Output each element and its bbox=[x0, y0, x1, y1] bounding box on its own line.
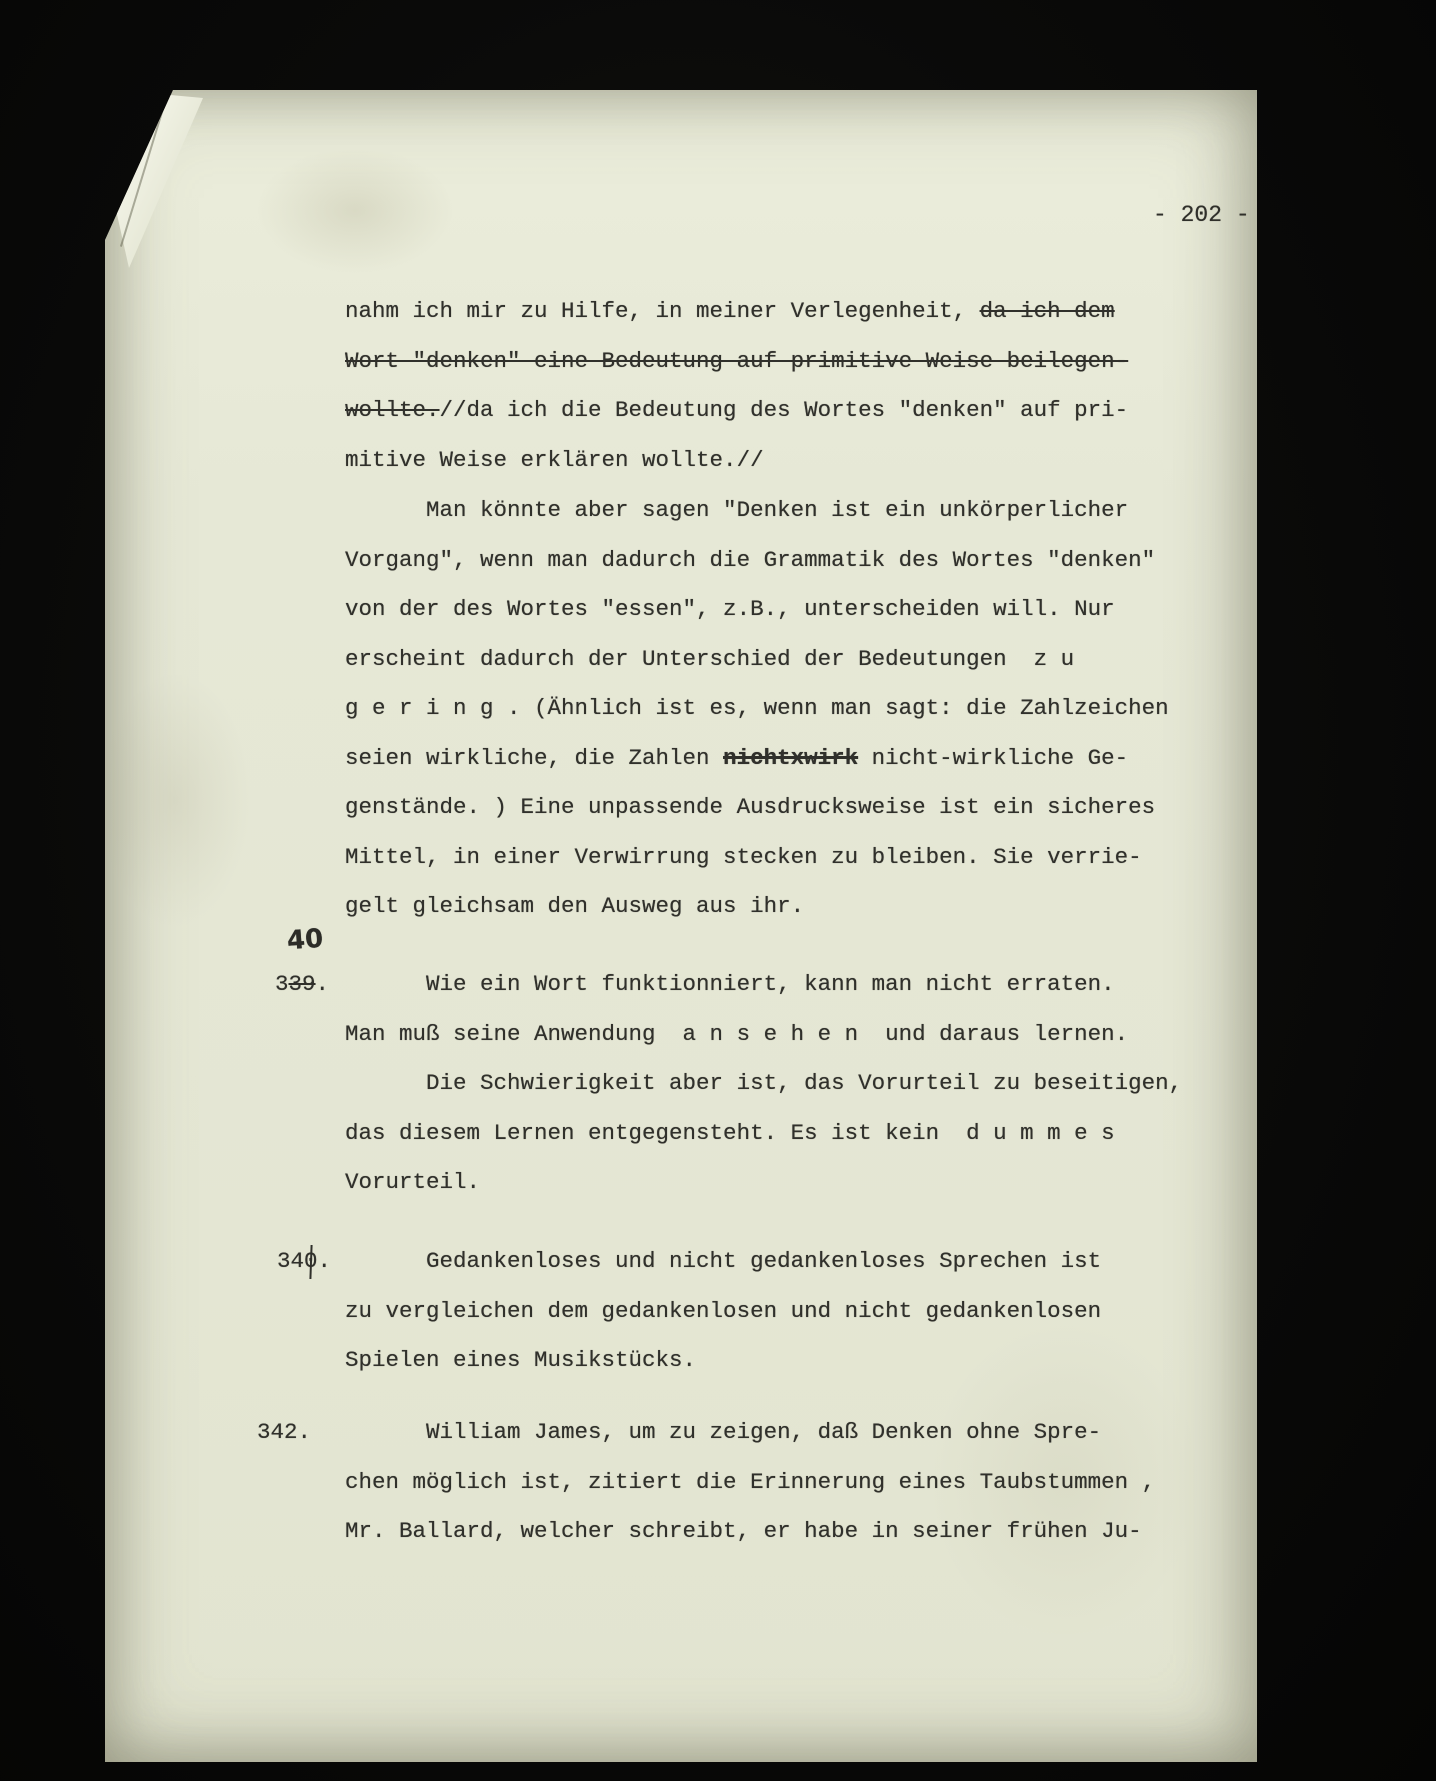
text-segment: chen möglich ist, zitiert die Erinnerung… bbox=[345, 1469, 1155, 1495]
typescript-line: das diesem Lernen entgegensteht. Es ist … bbox=[345, 1109, 1245, 1159]
struck-text: 39 bbox=[289, 971, 316, 997]
typescript-line: gelt gleichsam den Ausweg aus ihr. bbox=[345, 882, 1245, 932]
typescript-line: Mittel, in einer Verwirrung stecken zu b… bbox=[345, 833, 1245, 883]
text-segment: nahm ich mir zu Hilfe, in meiner Verlege… bbox=[345, 298, 980, 324]
text-segment: mitive Weise erklären wollte.// bbox=[345, 447, 764, 473]
remark-number: 340. bbox=[277, 1237, 331, 1287]
typescript-line: chen möglich ist, zitiert die Erinnerung… bbox=[345, 1458, 1245, 1508]
text-segment: William James, um zu zeigen, daß Denken … bbox=[345, 1419, 1101, 1445]
text-segment: g e r i n g . (Ähnlich ist es, wenn man … bbox=[345, 695, 1169, 721]
typescript-line: seien wirkliche, die Zahlen nichtxwirk n… bbox=[345, 734, 1245, 784]
text-segment: seien wirkliche, die Zahlen bbox=[345, 745, 723, 771]
text-segment: Man könnte aber sagen "Denken ist ein un… bbox=[345, 497, 1128, 523]
typescript-paragraph: Man könnte aber sagen "Denken ist ein un… bbox=[345, 486, 1245, 932]
typescript-line: g e r i n g . (Ähnlich ist es, wenn man … bbox=[345, 684, 1245, 734]
typescript-line: wollte.//da ich die Bedeutung des Wortes… bbox=[345, 386, 1245, 436]
handwritten-renumbering: 40 bbox=[286, 926, 324, 954]
text-segment: gelt gleichsam den Ausweg aus ihr. bbox=[345, 893, 804, 919]
struck-text: wollte. bbox=[345, 397, 440, 423]
typescript-paragraph: nahm ich mir zu Hilfe, in meiner Verlege… bbox=[345, 287, 1245, 485]
overstruck-digit: 0 bbox=[304, 1237, 318, 1287]
paper-stain bbox=[75, 630, 275, 970]
photo-background: - 202 - nahm ich mir zu Hilfe, in meiner… bbox=[0, 0, 1436, 1781]
text-segment: . bbox=[318, 1248, 332, 1274]
typescript-line: Spielen eines Musikstücks. bbox=[345, 1336, 1245, 1386]
typescript-line: nahm ich mir zu Hilfe, in meiner Verlege… bbox=[345, 287, 1245, 337]
document-page: - 202 - nahm ich mir zu Hilfe, in meiner… bbox=[105, 90, 1257, 1762]
text-segment: 34 bbox=[277, 1248, 304, 1274]
typescript-paragraph: Gedankenloses und nicht gedankenloses Sp… bbox=[345, 1237, 1245, 1386]
text-segment: Man muß seine Anwendung a n s e h e n un… bbox=[345, 1021, 1128, 1047]
typescript-line: zu vergleichen dem gedankenlosen und nic… bbox=[345, 1287, 1245, 1337]
remark-number: 339.40 bbox=[275, 960, 329, 1010]
struck-text: nichtxwirk bbox=[723, 745, 858, 771]
folded-corner bbox=[95, 82, 270, 277]
remark-number: 342. bbox=[257, 1408, 311, 1458]
text-segment: . bbox=[316, 971, 330, 997]
typescript-line: William James, um zu zeigen, daß Denken … bbox=[345, 1408, 1245, 1458]
typescript-line: Vorurteil. bbox=[345, 1158, 1245, 1208]
text-segment: Vorgang", wenn man dadurch die Grammatik… bbox=[345, 547, 1155, 573]
text-segment: erscheint dadurch der Unterschied der Be… bbox=[345, 646, 1074, 672]
text-segment: das diesem Lernen entgegensteht. Es ist … bbox=[345, 1120, 1115, 1146]
text-segment: 3 bbox=[275, 971, 289, 997]
text-segment: zu vergleichen dem gedankenlosen und nic… bbox=[345, 1298, 1101, 1324]
typescript-line: Mr. Ballard, welcher schreibt, er habe i… bbox=[345, 1507, 1245, 1557]
text-segment: von der des Wortes "essen", z.B., unters… bbox=[345, 596, 1115, 622]
text-segment: //da ich die Bedeutung des Wortes "denke… bbox=[440, 397, 1129, 423]
typescript-line: Die Schwierigkeit aber ist, das Vorurtei… bbox=[345, 1059, 1245, 1109]
text-segment: Mr. Ballard, welcher schreibt, er habe i… bbox=[345, 1518, 1142, 1544]
typescript-line: mitive Weise erklären wollte.// bbox=[345, 436, 1245, 486]
text-segment: Die Schwierigkeit aber ist, das Vorurtei… bbox=[345, 1070, 1182, 1096]
typescript-line: erscheint dadurch der Unterschied der Be… bbox=[345, 635, 1245, 685]
text-segment: Gedankenloses und nicht gedankenloses Sp… bbox=[345, 1248, 1101, 1274]
typescript-line: Man könnte aber sagen "Denken ist ein un… bbox=[345, 486, 1245, 536]
typescript-line: Wort "denken" eine Bedeutung auf primiti… bbox=[345, 337, 1245, 387]
typescript-line: genstände. ) Eine unpassende Ausdruckswe… bbox=[345, 783, 1245, 833]
typescript-paragraph: Wie ein Wort funktionniert, kann man nic… bbox=[345, 960, 1245, 1208]
typescript-line: Wie ein Wort funktionniert, kann man nic… bbox=[345, 960, 1245, 1010]
typescript-paragraph: William James, um zu zeigen, daß Denken … bbox=[345, 1408, 1245, 1557]
text-segment: nicht-wirkliche Ge- bbox=[858, 745, 1128, 771]
struck-text: da ich dem bbox=[980, 298, 1115, 324]
text-segment: Vorurteil. bbox=[345, 1169, 480, 1195]
page-number: - 202 - bbox=[1153, 202, 1250, 228]
text-segment: Spielen eines Musikstücks. bbox=[345, 1347, 696, 1373]
text-segment: genstände. ) Eine unpassende Ausdruckswe… bbox=[345, 794, 1155, 820]
typescript-line: von der des Wortes "essen", z.B., unters… bbox=[345, 585, 1245, 635]
paper-stain bbox=[215, 120, 495, 300]
struck-text: Wort "denken" eine Bedeutung auf primiti… bbox=[345, 348, 1128, 374]
text-segment: Wie ein Wort funktionniert, kann man nic… bbox=[345, 971, 1115, 997]
text-segment: 342. bbox=[257, 1419, 311, 1445]
typescript-line: Gedankenloses und nicht gedankenloses Sp… bbox=[345, 1237, 1245, 1287]
text-segment: Mittel, in einer Verwirrung stecken zu b… bbox=[345, 844, 1142, 870]
typescript-line: Man muß seine Anwendung a n s e h e n un… bbox=[345, 1010, 1245, 1060]
typescript-line: Vorgang", wenn man dadurch die Grammatik… bbox=[345, 536, 1245, 586]
